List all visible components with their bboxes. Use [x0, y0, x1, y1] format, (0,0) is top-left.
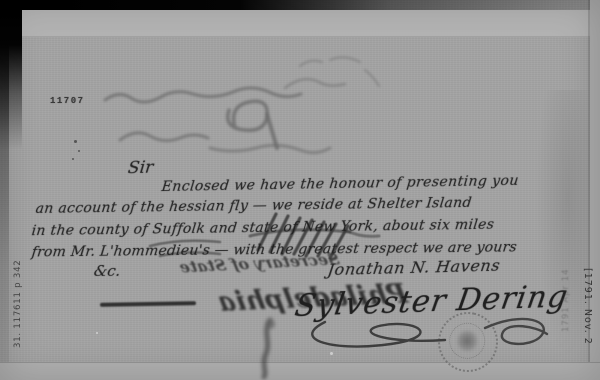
- right-edge-date-note: [1791. Nov. 2: [582, 268, 593, 345]
- dust-speck: [96, 332, 98, 334]
- letter-line-1: Enclosed we have the honour of presentin…: [161, 173, 520, 195]
- ink-speck: [74, 140, 77, 143]
- ink-speck: [72, 158, 74, 160]
- left-margin-vertical-note: 31. 117611 p 342: [13, 260, 23, 349]
- signature-jonathan-havens: Jonathan N. Havens: [326, 256, 501, 279]
- scan-bottom-band: [0, 362, 600, 380]
- ink-speck: [78, 150, 80, 152]
- scan-top-black-border: [0, 0, 600, 10]
- archive-page-number-stamp: 11707: [50, 96, 85, 106]
- scan-top-light-band: [0, 10, 600, 37]
- crease-smudge: [252, 318, 286, 378]
- letter-salutation: Sir: [127, 158, 154, 179]
- right-margin-faint-date-note: 1791 Apr 14: [561, 268, 571, 332]
- scan-left-black-border: [0, 0, 22, 150]
- letter-closing-etc: &c.: [93, 262, 122, 280]
- bleedthrough-handwriting-smudge-top: [85, 48, 385, 158]
- signature-flourish: [295, 300, 560, 360]
- scanned-letter-page: 11707 Sir Enclosed we have the honour of…: [0, 0, 600, 380]
